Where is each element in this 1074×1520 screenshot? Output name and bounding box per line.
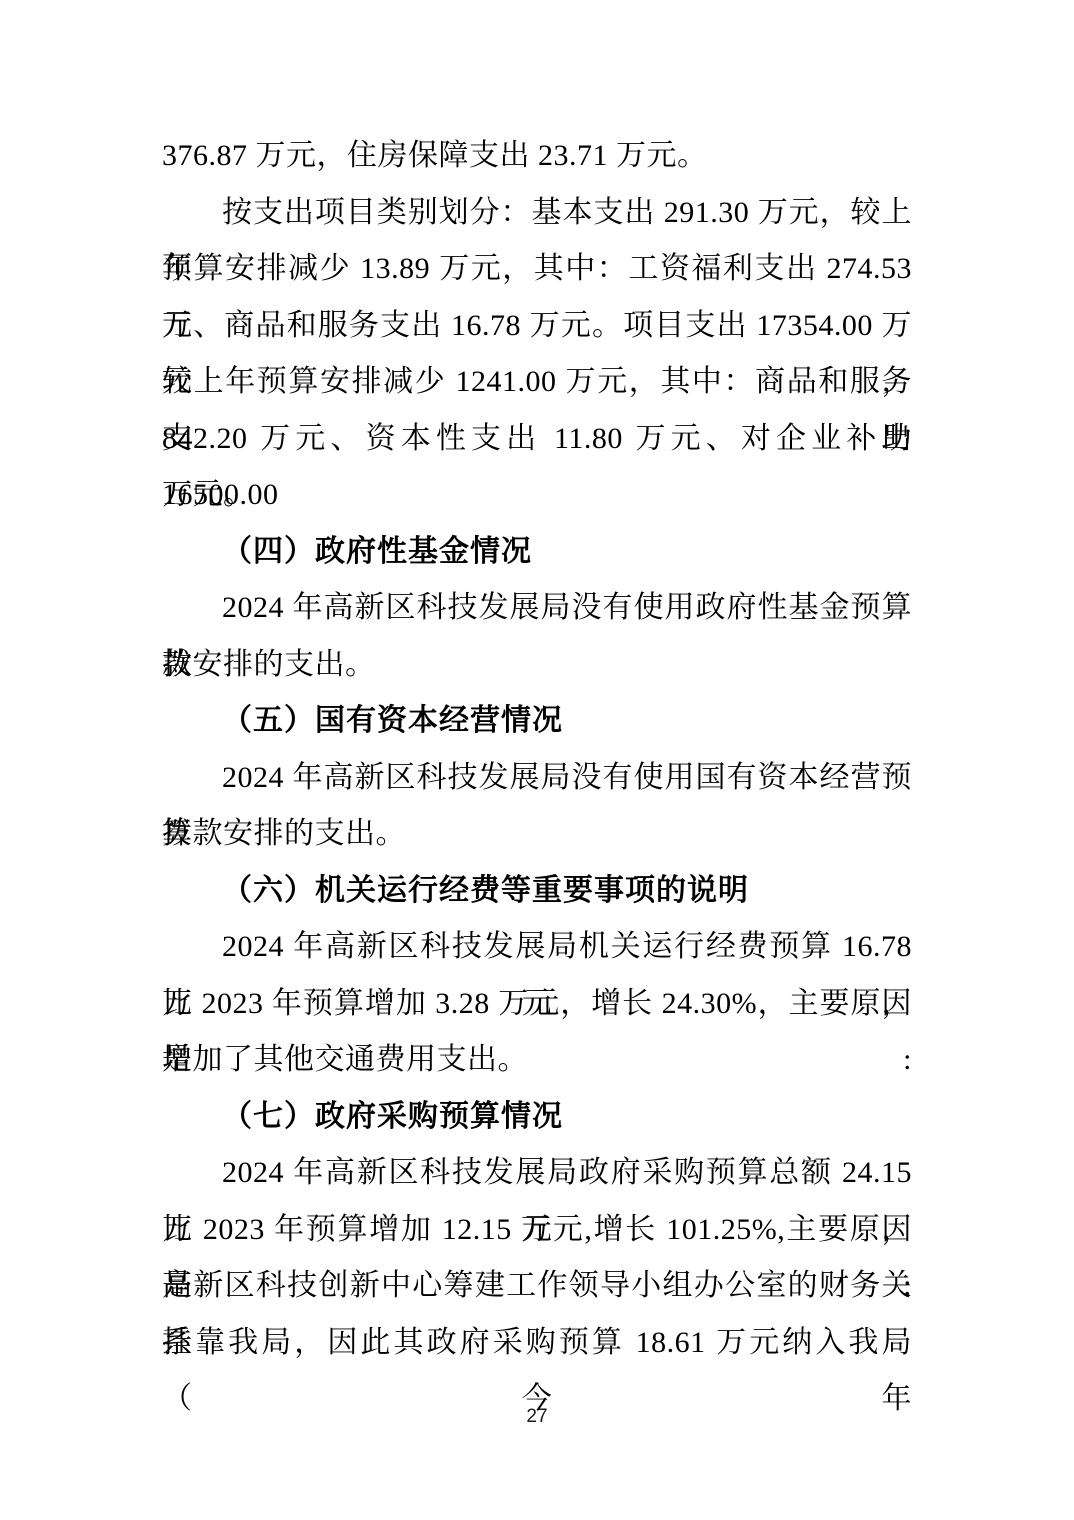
text-line: 挂靠我局，因此其政府采购预算 18.61 万元纳入我局（今年 [162, 1315, 912, 1372]
text-line: 按支出项目类别划分：基本支出 291.30 万元，较上年 [162, 185, 912, 242]
document-page: 376.87 万元，住房保障支出 23.71 万元。按支出项目类别划分：基本支出… [0, 0, 1074, 1520]
text-line: 2024 年高新区科技发展局没有使用国有资本经营预算 [162, 750, 912, 807]
page-content: 376.87 万元，住房保障支出 23.71 万元。按支出项目类别划分：基本支出… [162, 128, 912, 1371]
text-line: 元、商品和服务支出 16.78 万元。项目支出 17354.00 万元， [162, 298, 912, 355]
text-line: 2024 年高新区科技发展局机关运行经费预算 16.78 万元， [162, 919, 912, 976]
section-heading: （四）政府性基金情况 [162, 524, 912, 581]
section-heading: （六）机关运行经费等重要事项的说明 [162, 863, 912, 920]
text-line: 高新区科技创新中心筹建工作领导小组办公室的财务关系 [162, 1258, 912, 1315]
text-line: 2024 年高新区科技发展局政府采购预算总额 24.15 万元， [162, 1145, 912, 1202]
section-heading: （五）国有资本经营情况 [162, 693, 912, 750]
text-line: 较上年预算安排减少 1241.00 万元，其中：商品和服务支出 [162, 354, 912, 411]
section-heading: （七）政府采购预算情况 [162, 1089, 912, 1146]
page-number: 27 [0, 1403, 1074, 1431]
text-line: 比 2023 年预算增加 12.15 万元,增长 101.25%,主要原因是: [162, 1202, 912, 1259]
text-line: 2024 年高新区科技发展局没有使用政府性基金预算拨 [162, 580, 912, 637]
text-line: 842.20 万元、资本性支出 11.80 万元、对企业补助 16500.00 [162, 411, 912, 468]
text-line: 款安排的支出。 [162, 637, 912, 694]
text-line: 拨款安排的支出。 [162, 806, 912, 863]
text-line: 376.87 万元，住房保障支出 23.71 万元。 [162, 128, 912, 185]
text-line: 预算安排减少 13.89 万元，其中：工资福利支出 274.53 万 [162, 241, 912, 298]
text-line: 比 2023 年预算增加 3.28 万元，增长 24.30%，主要原因是: [162, 976, 912, 1033]
